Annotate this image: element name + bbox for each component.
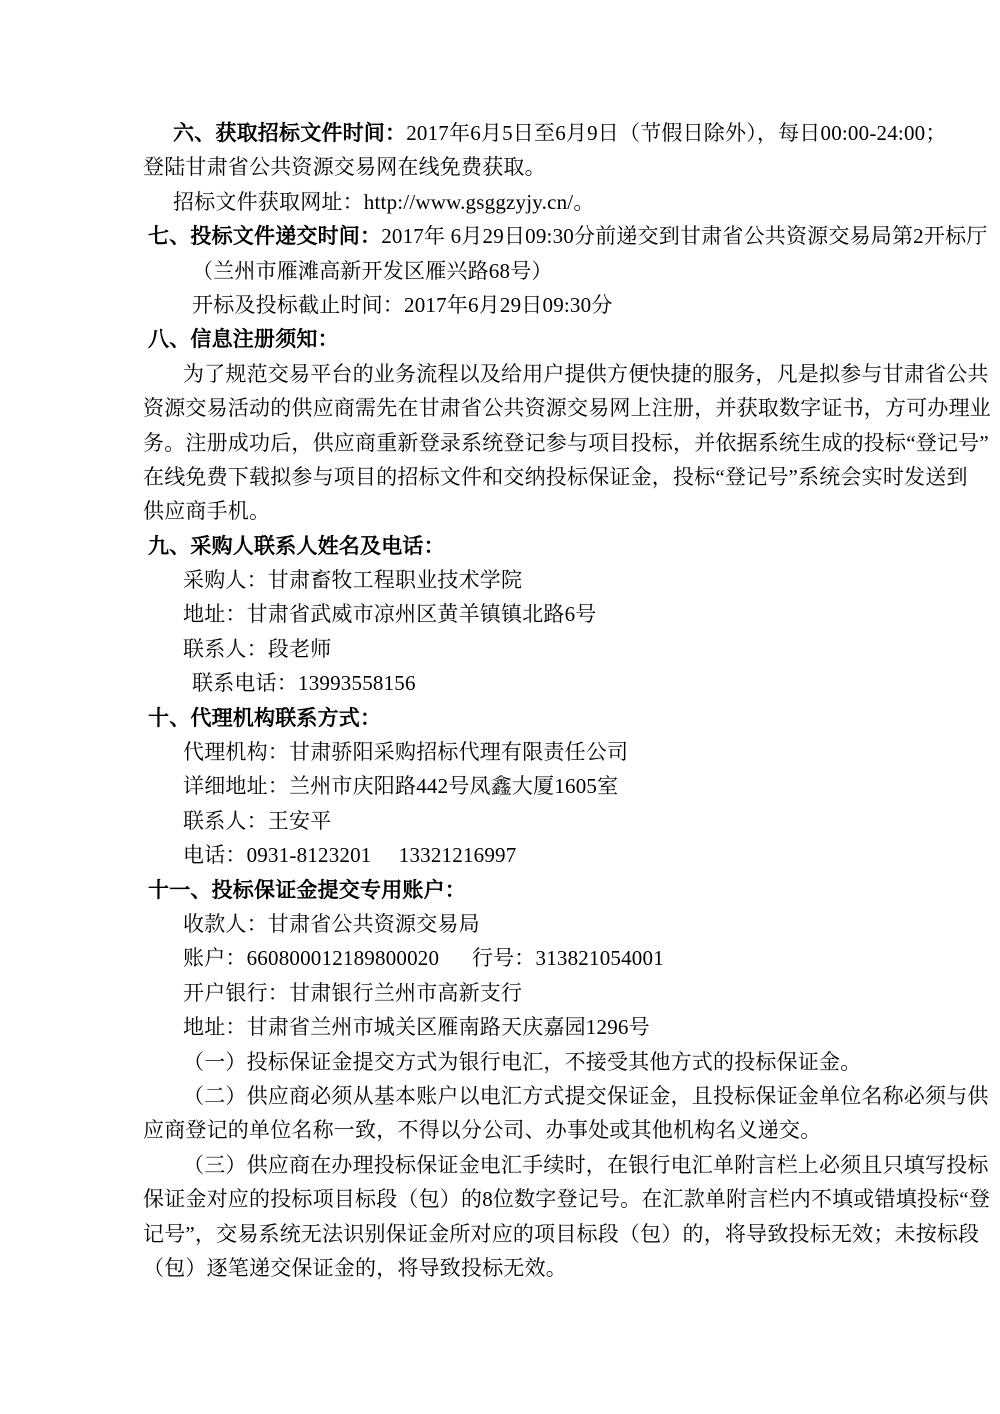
item9-purchaser-line: 采购人：甘肃畜牧工程职业技术学院 [143,563,915,597]
item10-phone-line-text: 电话：0931-8123201 13321216997 [183,843,516,867]
item6-url-line: 招标文件获取网址：http://www.gsggzyjy.cn/。 [143,185,915,219]
item8-para-line3-text: 务。注册成功后，供应商重新登录系统登记参与项目投标，并依据系统生成的投标“登记号… [143,431,989,455]
item11-note3-line3: 记号”，交易系统无法识别保证金所对应的项目标段（包）的，将导致投标无效；未按标段 [143,1217,915,1251]
item8-heading-line: 八、信息注册须知： [143,322,915,356]
item11-bank-address-line: 地址：甘肃省兰州市城关区雁南路天庆嘉园1296号 [143,1010,915,1044]
item11-note1-line: （一）投标保证金提交方式为银行电汇，不接受其他方式的投标保证金。 [143,1045,915,1079]
item9-address-line: 地址：甘肃省武威市凉州区黄羊镇镇北路6号 [143,597,915,631]
item11-note2-line2: 应商登记的单位名称一致，不得以分公司、办事处或其他机构名义递交。 [143,1113,915,1147]
item6-heading-line-label: 六、获取招标文件时间： [173,121,406,145]
item10-agency-line-text: 代理机构：甘肃骄阳采购招标代理有限责任公司 [183,740,628,764]
document-page: 六、获取招标文件时间：2017年6月5日至6月9日（节假日除外），每日00:00… [0,0,1000,1414]
item7-deadline-line: 开标及投标截止时间：2017年6月29日09:30分 [143,288,915,322]
item7-address-line-text: （兰州市雁滩高新开发区雁兴路68号） [192,259,553,283]
item7-heading-line-label: 七、投标文件递交时间： [148,224,381,248]
item11-note3-line1-text: （三）供应商在办理投标保证金电汇手续时，在银行电汇单附言栏上必须且只填写投标 [183,1153,989,1177]
item11-note2-line2-text: 应商登记的单位名称一致，不得以分公司、办事处或其他机构名义递交。 [143,1118,821,1142]
item6-url-line-text: 招标文件获取网址：http://www.gsggzyjy.cn/。 [173,190,595,214]
item7-deadline-line-text: 开标及投标截止时间：2017年6月29日09:30分 [192,293,613,317]
item11-bank-line-text: 开户银行：甘肃银行兰州市高新支行 [183,981,522,1005]
item11-payee-line: 收款人：甘肃省公共资源交易局 [143,907,915,941]
item10-address-line-text: 详细地址：兰州市庆阳路442号凤鑫大厦1605室 [183,774,618,798]
item7-address-line: （兰州市雁滩高新开发区雁兴路68号） [143,254,915,288]
item8-para-line3: 务。注册成功后，供应商重新登录系统登记参与项目投标，并依据系统生成的投标“登记号… [143,426,915,460]
item8-para-line5-text: 供应商手机。 [143,499,270,523]
item11-payee-line-text: 收款人：甘肃省公共资源交易局 [183,912,480,936]
item8-heading-line-label: 八、信息注册须知： [148,327,339,351]
item10-heading-line-label: 十、代理机构联系方式： [148,706,381,730]
item9-address-line-text: 地址：甘肃省武威市凉州区黄羊镇镇北路6号 [183,602,597,626]
item9-heading-line-label: 九、采购人联系人姓名及电话： [148,534,445,558]
item6-body-line2: 登陆甘肃省公共资源交易网在线免费获取。 [143,150,915,184]
item11-note3-line4-text: （包）逐笔递交保证金的，将导致投标无效。 [143,1256,567,1280]
item10-agency-line: 代理机构：甘肃骄阳采购招标代理有限责任公司 [143,735,915,769]
item9-purchaser-line-text: 采购人：甘肃畜牧工程职业技术学院 [183,568,522,592]
item11-note1-line-text: （一）投标保证金提交方式为银行电汇，不接受其他方式的投标保证金。 [183,1050,861,1074]
item11-account-line: 账户：660800012189800020 行号：313821054001 [143,941,915,975]
item8-para-line2: 资源交易活动的供应商需先在甘肃省公共资源交易网上注册，并获取数字证书，方可办理业 [143,391,915,425]
item8-para-line5: 供应商手机。 [143,494,915,528]
item11-account-line-text: 账户：660800012189800020 行号：313821054001 [183,946,664,970]
item11-note3-line4: （包）逐笔递交保证金的，将导致投标无效。 [143,1251,915,1285]
item8-para-line1-text: 为了规范交易平台的业务流程以及给用户提供方便快捷的服务，凡是拟参与甘肃省公共 [183,362,989,386]
item10-address-line: 详细地址：兰州市庆阳路442号凤鑫大厦1605室 [143,769,915,803]
item9-phone-line-text: 联系电话：13993558156 [192,671,416,695]
item10-heading-line: 十、代理机构联系方式： [143,701,915,735]
item9-contact-line-text: 联系人：段老师 [183,637,331,661]
item8-para-line2-text: 资源交易活动的供应商需先在甘肃省公共资源交易网上注册，并获取数字证书，方可办理业 [143,396,991,420]
item6-heading-line-text: 2017年6月5日至6月9日（节假日除外），每日00:00-24:00； [406,121,946,145]
item8-para-line4-text: 在线免费下载拟参与项目的招标文件和交纳投标保证金，投标“登记号”系统会实时发送到 [143,465,968,489]
item11-heading-line-label: 十一、投标保证金提交专用账户： [148,878,466,902]
item11-note2-line1: （二）供应商必须从基本账户以电汇方式提交保证金，且投标保证金单位名称必须与供 [143,1079,915,1113]
item11-note3-line2-text: 保证金对应的投标项目标段（包）的8位数字登记号。在汇款单附言栏内不填或错填投标“… [143,1187,990,1211]
item10-phone-line: 电话：0931-8123201 13321216997 [143,838,915,872]
item10-contact-line: 联系人：王安平 [143,804,915,838]
item8-para-line1: 为了规范交易平台的业务流程以及给用户提供方便快捷的服务，凡是拟参与甘肃省公共 [143,357,915,391]
item11-note3-line2: 保证金对应的投标项目标段（包）的8位数字登记号。在汇款单附言栏内不填或错填投标“… [143,1182,915,1216]
item7-heading-line-text: 2017年 6月29日09:30分前递交到甘肃省公共资源交易局第2开标厅 [381,224,987,248]
item11-note2-line1-text: （二）供应商必须从基本账户以电汇方式提交保证金，且投标保证金单位名称必须与供 [183,1084,989,1108]
item11-heading-line: 十一、投标保证金提交专用账户： [143,873,915,907]
item8-para-line4: 在线免费下载拟参与项目的招标文件和交纳投标保证金，投标“登记号”系统会实时发送到 [143,460,915,494]
item11-note3-line1: （三）供应商在办理投标保证金电汇手续时，在银行电汇单附言栏上必须且只填写投标 [143,1148,915,1182]
item6-heading-line: 六、获取招标文件时间：2017年6月5日至6月9日（节假日除外），每日00:00… [143,116,915,150]
item11-bank-address-line-text: 地址：甘肃省兰州市城关区雁南路天庆嘉园1296号 [183,1015,650,1039]
item11-bank-line: 开户银行：甘肃银行兰州市高新支行 [143,976,915,1010]
item10-contact-line-text: 联系人：王安平 [183,809,331,833]
item7-heading-line: 七、投标文件递交时间：2017年 6月29日09:30分前递交到甘肃省公共资源交… [143,219,915,253]
item9-phone-line: 联系电话：13993558156 [143,666,915,700]
document-content: 六、获取招标文件时间：2017年6月5日至6月9日（节假日除外），每日00:00… [143,116,915,1285]
item9-heading-line: 九、采购人联系人姓名及电话： [143,529,915,563]
item11-note3-line3-text: 记号”，交易系统无法识别保证金所对应的项目标段（包）的，将导致投标无效；未按标段 [143,1222,979,1246]
item9-contact-line: 联系人：段老师 [143,632,915,666]
item6-body-line2-text: 登陆甘肃省公共资源交易网在线免费获取。 [143,155,546,179]
